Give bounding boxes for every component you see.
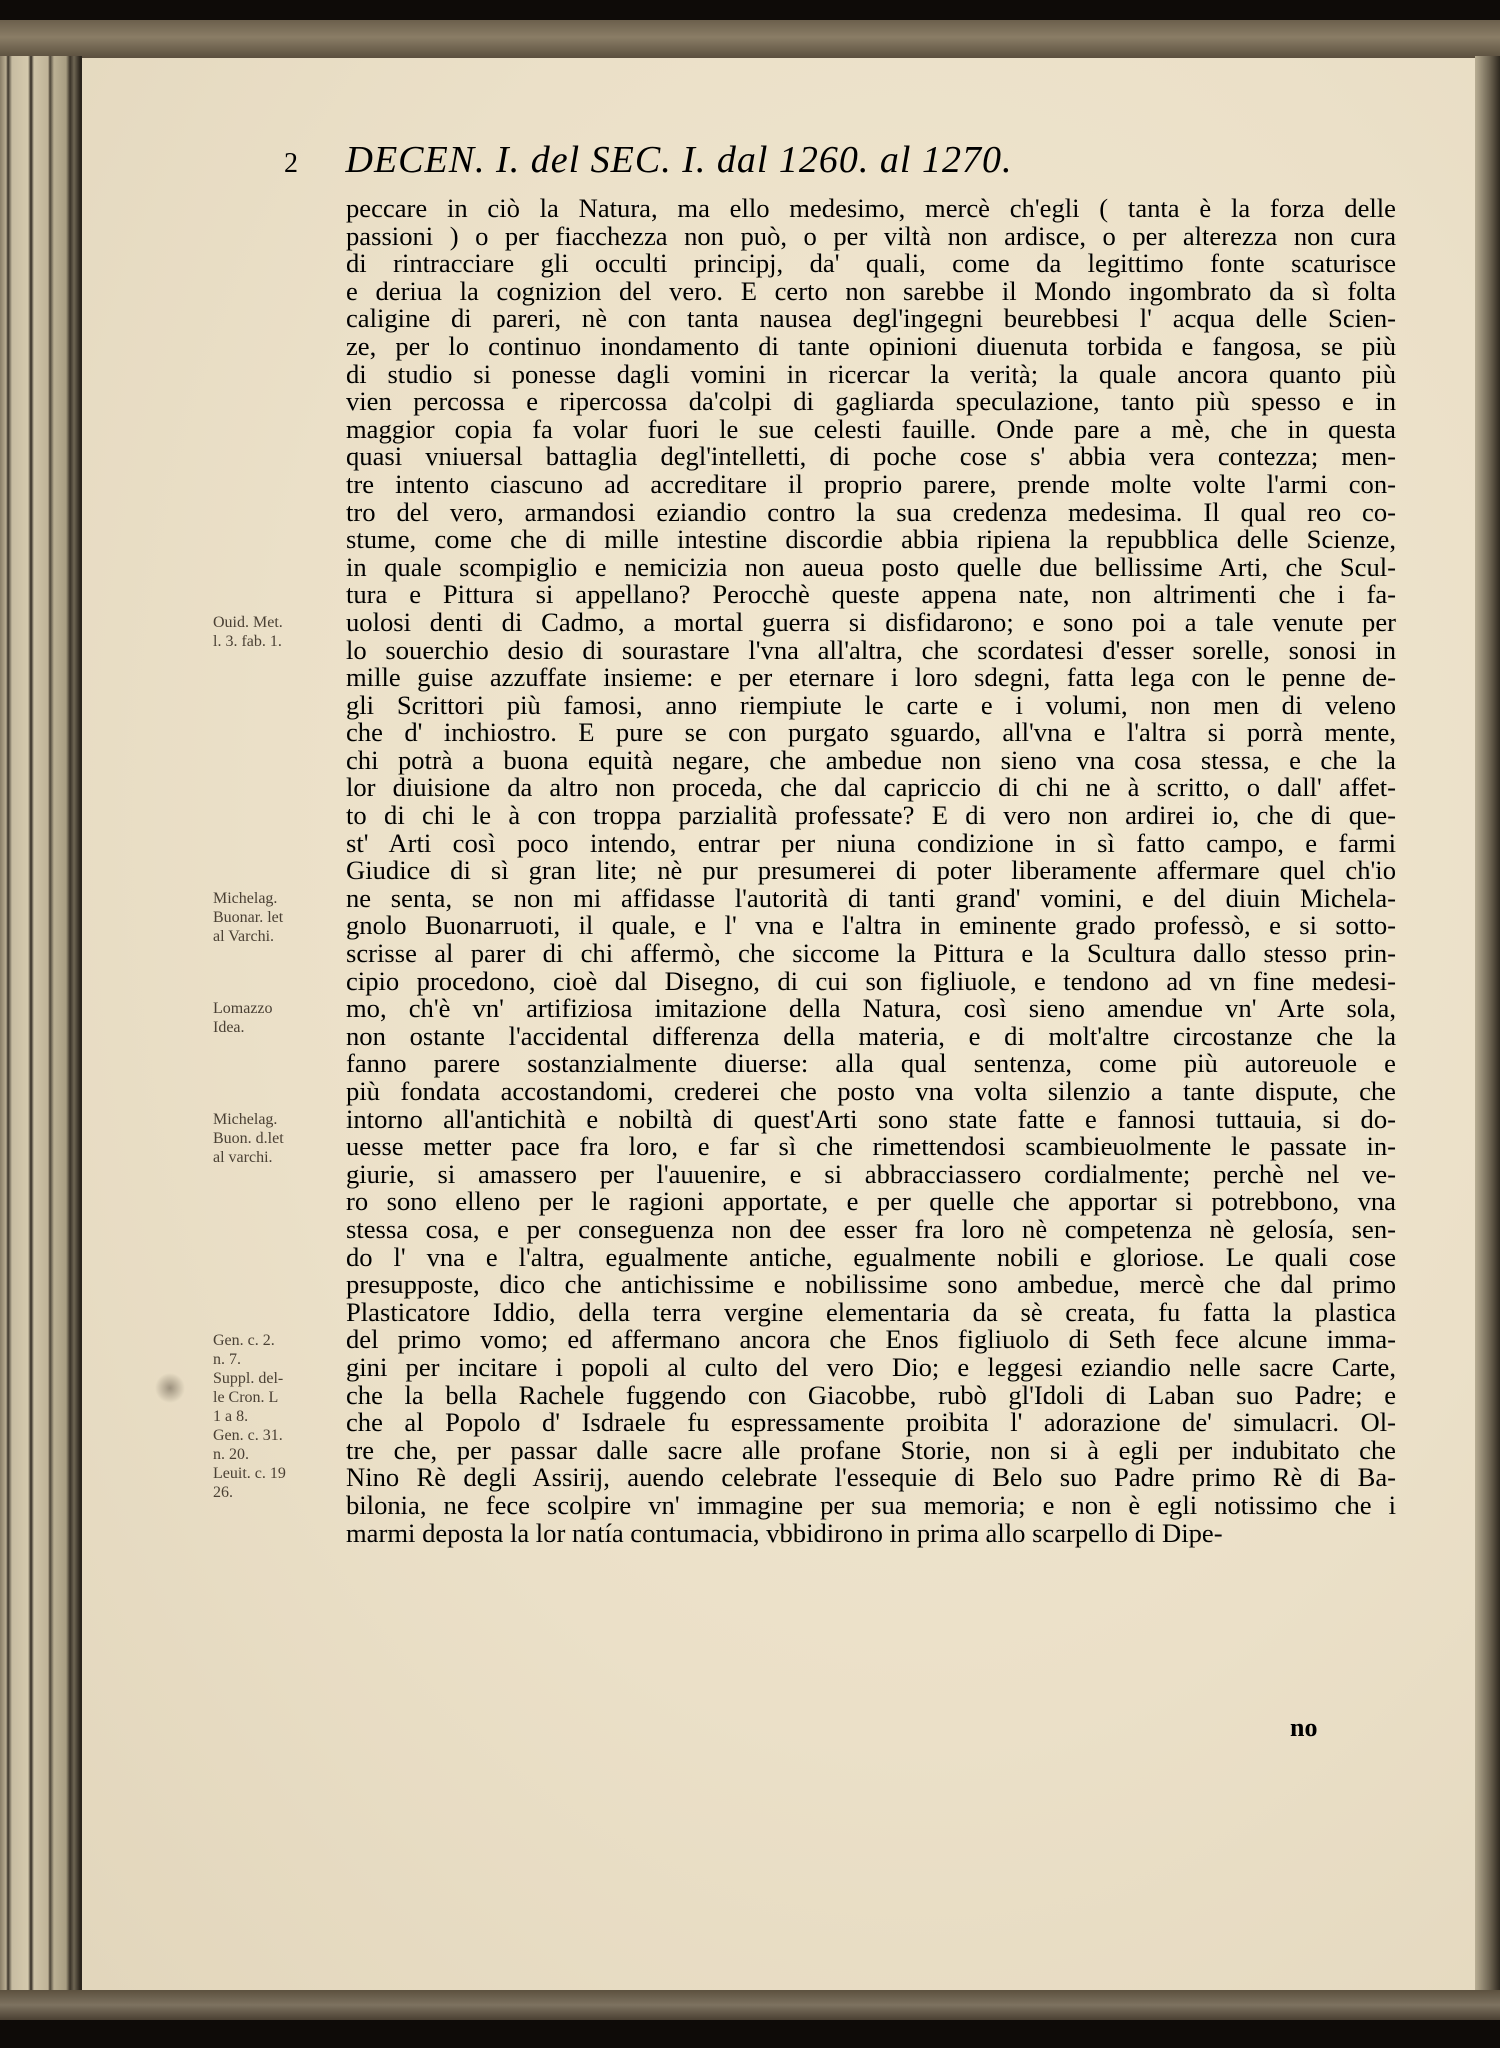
body-text: peccare in ciò la Natura, ma ello medesi… [346,195,1396,1547]
text-line: Giudice di sì gran lite; nè pur presumer… [346,857,1396,885]
text-line: do l' vna e l'altra, egualmente antiche,… [346,1244,1396,1272]
text-line: tre intento ciascuno ad accreditare il p… [346,471,1396,499]
text-line: to di chi le à con troppa parzialità pro… [346,802,1396,830]
margin-note-line: 1 a 8. [213,1407,286,1426]
text-line: gnolo Buonarruoti, il quale, e l' vna e … [346,912,1396,940]
margin-note-line: 26. [213,1483,286,1502]
page-header: 2 DECEN. I. del SEC. I. dal 1260. al 127… [284,138,1284,186]
margin-note: Gen. c. 2.n. 7.Suppl. del-le Cron. L1 a … [213,1331,286,1502]
text-line: ne senta, se non mi affidasse l'autorità… [346,885,1396,913]
text-line: maggior copia fa volar fuori le sue cele… [346,416,1396,444]
text-line: presupposte, dico che antichissime e nob… [346,1271,1396,1299]
text-line: ze, per lo continuo inondamento di tante… [346,333,1396,361]
book-gutter-right [1475,56,1500,1992]
margin-note: Ouid. Met.l. 3. fab. 1. [213,613,283,651]
margin-note-line: Buon. d.let [213,1129,284,1148]
text-line: e deriua la cognizion del vero. E certo … [346,278,1396,306]
margin-note-line: Buonar. let [213,908,283,927]
text-line: caligine di pareri, nè con tanta nausea … [346,305,1396,333]
ink-stain [155,1368,185,1408]
margin-note-line: Michelag. [213,1110,284,1129]
text-line: tre che, per passar dalle sacre alle pro… [346,1437,1396,1465]
text-line: stume, come che di mille intestine disco… [346,526,1396,554]
page-number: 2 [284,142,336,186]
text-line: fanno parere sostanzialmente diuerse: al… [346,1050,1396,1078]
text-line: Plasticatore Iddio, della terra vergine … [346,1299,1396,1327]
text-line: uesse metter pace fra loro, e far sì che… [346,1133,1396,1161]
text-line: marmi deposta la lor natía contumacia, v… [346,1520,1396,1548]
margin-note: Michelag.Buonar. letal Varchi. [213,889,283,946]
margin-note-line: Michelag. [213,889,283,908]
margin-note-line: n. 20. [213,1445,286,1464]
text-line: tura e Pittura si appellano? Perocchè qu… [346,581,1396,609]
text-line: scrisse al parer di chi affermò, che sic… [346,940,1396,968]
margin-note-line: l. 3. fab. 1. [213,632,283,651]
text-line: Nino Rè degli Assirij, auendo celebrate … [346,1464,1396,1492]
text-line: chi potrà a buona equità negare, che amb… [346,747,1396,775]
text-line: in quale scompiglio e nemicizia non aueu… [346,554,1396,582]
text-line: tro del vero, armandosi eziandio contro … [346,499,1396,527]
scan-bottom-shadow [0,2020,1500,2048]
text-line: mille guise azzuffate insieme: e per ete… [346,664,1396,692]
text-line: st' Arti così poco intendo, entrar per n… [346,830,1396,858]
margin-note-line: al varchi. [213,1148,284,1167]
text-line: gini per incitare i popoli al culto del … [346,1354,1396,1382]
margin-note-line: Gen. c. 2. [213,1331,286,1350]
text-line: bilonia, ne fece scolpire vn' immagine p… [346,1492,1396,1520]
margin-note-line: Leuit. c. 19 [213,1464,286,1483]
margin-note-line: n. 7. [213,1350,286,1369]
margin-note-line: Ouid. Met. [213,613,283,632]
text-line: più fondata accostandomi, crederei che p… [346,1078,1396,1106]
text-line: che al Popolo d' Isdraele fu espressamen… [346,1409,1396,1437]
scan-top-shadow [0,0,1500,20]
text-line: passioni ) o per fiacchezza non può, o p… [346,223,1396,251]
catchword: no [1290,1713,1317,1743]
text-line: mo, ch'è vn' artifiziosa imitazione dell… [346,995,1396,1023]
margin-note-line: al Varchi. [213,927,283,946]
text-line: intorno all'antichità e nobiltà di quest… [346,1106,1396,1134]
text-line: giurie, si amassero per l'auuenire, e si… [346,1161,1396,1189]
margin-note: LomazzoIdea. [213,999,273,1037]
book-top-edge [0,20,1500,58]
text-line: lo souerchio desio di sourastare l'vna a… [346,637,1396,665]
margin-note-line: Lomazzo [213,999,273,1018]
text-line: quasi vniuersal battaglia degl'intellett… [346,443,1396,471]
text-line: ro sono elleno per le ragioni apportate,… [346,1188,1396,1216]
text-line: non ostante l'accidental differenza dell… [346,1023,1396,1051]
text-line: uolosi denti di Cadmo, a mortal guerra s… [346,609,1396,637]
text-line: cipio procedono, cioè dal Disegno, di cu… [346,968,1396,996]
margin-note-line: Idea. [213,1018,273,1037]
text-line: di studio si ponesse dagli vomini in ric… [346,361,1396,389]
text-line: di rintracciare gli occulti principj, da… [346,250,1396,278]
text-line: che d' inchiostro. E pure se con purgato… [346,719,1396,747]
margin-note-line: Suppl. del- [213,1369,286,1388]
text-line: stessa cosa, e per conseguenza non dee e… [346,1216,1396,1244]
book-page-edges [0,56,82,1992]
book-bottom-edge [0,1990,1500,2020]
text-line: vien percossa e ripercossa da'colpi di g… [346,388,1396,416]
running-title: DECEN. I. del SEC. I. dal 1260. al 1270. [346,139,1013,181]
text-line: del primo vomo; ed affermano ancora che … [346,1326,1396,1354]
text-line: che la bella Rachele fuggendo con Giacob… [346,1382,1396,1410]
text-line: gli Scrittori più famosi, anno riempiute… [346,692,1396,720]
margin-note-line: Gen. c. 31. [213,1426,286,1445]
margin-note-line: le Cron. L [213,1388,286,1407]
text-line: lor diuisione da altro non proceda, che … [346,774,1396,802]
text-line: peccare in ciò la Natura, ma ello medesi… [346,195,1396,223]
margin-note: Michelag.Buon. d.letal varchi. [213,1110,284,1167]
